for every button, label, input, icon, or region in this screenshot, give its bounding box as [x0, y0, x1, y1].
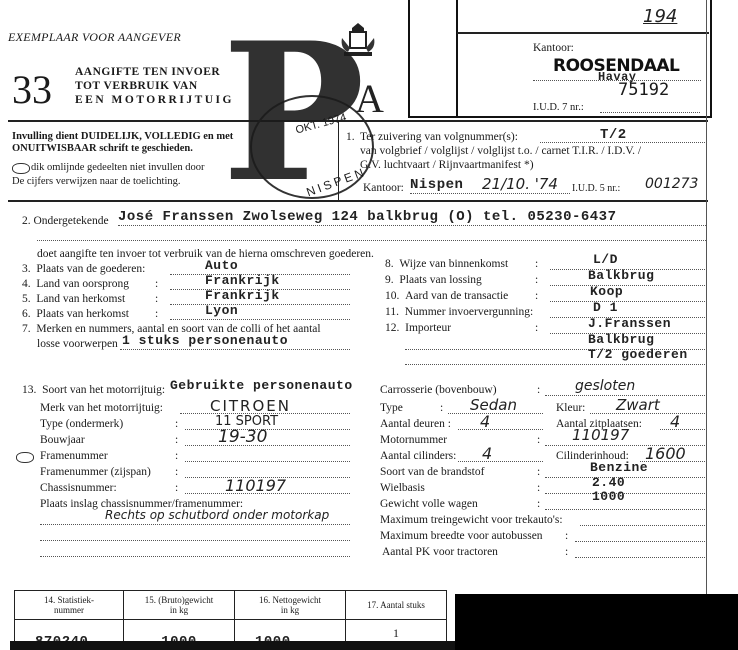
field-1-iud5-value: 001273: [645, 176, 698, 192]
field-2-value: José Franssen Zwolseweg 124 balkbrug (O)…: [118, 209, 616, 225]
body-value: gesloten: [575, 378, 635, 394]
max-width-label: Maximum breedte voor autobussen: [380, 530, 543, 542]
engine-number-label: Motornummer: [380, 434, 447, 446]
field-3-value: Auto: [205, 258, 238, 273]
max-train-weight-label: Maximum treingewicht voor trekauto's:: [380, 514, 563, 526]
wheelbase-value: 2.40: [592, 475, 625, 490]
form-title-line-3: EEN MOTORRIJTUIG: [75, 94, 234, 106]
stamp-letter-a: A: [355, 75, 384, 122]
kantoor-label: Kantoor:: [533, 42, 574, 54]
cylinders-label: Aantal cilinders:: [380, 450, 456, 462]
fuel-value: Benzine: [590, 460, 648, 475]
header-gross-weight: 15. (Bruto)gewichtin kg: [124, 591, 235, 620]
field-10-label: Aard van de transactie: [405, 290, 508, 302]
field-4-label: Land van oorsprong: [36, 278, 129, 290]
seats-value: 4: [670, 412, 680, 431]
copy-title: EXEMPLAAR VOOR AANGEVER: [8, 30, 181, 45]
field-5-value: Frankrijk: [205, 288, 280, 303]
field-5-label: Land van herkomst: [36, 293, 125, 305]
thick-outline-marker-icon: [12, 163, 30, 174]
field-9-number: 9.: [385, 274, 394, 286]
color-value: Zwart: [616, 396, 660, 414]
vehicle-brand-value: CITROEN: [210, 397, 291, 415]
header-stat-number: 14. Statistiek-nummer: [15, 591, 124, 620]
instruction-line-3: dik omlijnde gedeelten niet invullen doo…: [31, 162, 205, 173]
field-7-number: 7.: [22, 323, 31, 335]
section-divider: [8, 200, 708, 202]
chassis-location-value: Rechts op schutbord onder motorkap: [105, 508, 329, 522]
doors-label: Aantal deuren :: [380, 418, 451, 430]
field-5-number: 5.: [22, 293, 31, 305]
wheelbase-label: Wielbasis: [380, 482, 425, 494]
field-1-value: T/2: [600, 127, 627, 143]
iud7-label: I.U.D. 7 nr.:: [533, 102, 584, 113]
office-box-left-column: [408, 0, 458, 116]
vehicle-year-label: Bouwjaar: [40, 434, 85, 446]
importeur-line-3: T/2 goederen: [588, 347, 688, 362]
field-1-date: 21/10. '74: [482, 175, 558, 193]
field-1-iud5-label: I.U.D. 5 nr.:: [572, 183, 620, 194]
field-6-label: Plaats van herkomst: [36, 308, 129, 320]
instruction-line-2: ONUITWISBAAR schrift te geschieden.: [12, 143, 193, 154]
instruction-line-4: De cijfers verwijzen naar de toelichting…: [12, 176, 181, 187]
fuel-label: Soort van de brandstof: [380, 466, 484, 478]
vehicle-type-label: Soort van het motorrijtuig:: [42, 384, 165, 396]
field-11-value: D 1: [593, 300, 618, 315]
header-net-weight: 16. Nettogewichtin kg: [235, 591, 346, 620]
field-1-label: Ter zuivering van volgnummer(s):: [360, 131, 518, 143]
field-4-value: Frankrijk: [205, 273, 280, 288]
sidecar-frame-label: Framenummer (zijspan): [40, 466, 151, 478]
field-8-number: 8.: [385, 258, 394, 270]
field-10-number: 10.: [385, 290, 399, 302]
bottom-border-bar: [10, 641, 455, 650]
vehicle-year-value: 19-30: [218, 427, 267, 447]
field-10-value: Koop: [590, 284, 623, 299]
form-title-line-2: TOT VERBRUIK VAN: [75, 80, 198, 92]
redacted-region: [455, 594, 738, 650]
field-7-label-line-2: losse voorwerpen: [37, 338, 118, 350]
vehicle-model-label: Type (ondermerk): [40, 418, 123, 430]
field-11-number: 11.: [385, 306, 399, 318]
chassis-number-value: 110197: [225, 476, 286, 495]
form-title-line-1: AANGIFTE TEN INVOER: [75, 66, 220, 78]
field-9-label: Plaats van lossing: [399, 274, 481, 286]
doors-value: 4: [480, 412, 490, 431]
body-type-value: Sedan: [470, 396, 517, 414]
field-6-value: Lyon: [205, 303, 238, 318]
field-7-value: 1 stuks personenauto: [122, 333, 288, 348]
frame-number-label: Framenummer: [40, 450, 108, 462]
body-label: Carrosserie (bovenbouw): [380, 384, 497, 396]
body-type-label: Type: [380, 402, 403, 414]
field-9-value: Balkbrug: [588, 268, 654, 283]
field-11-label: Nummer invoervergunning:: [405, 306, 534, 318]
field-4-number: 4.: [22, 278, 31, 290]
engine-number-value: 110197: [572, 426, 629, 444]
office-box-divider: [457, 32, 709, 34]
field-12-number: 12.: [385, 322, 399, 334]
importeur-line-2: Balkbrug: [588, 332, 654, 347]
gross-weight-value: 1000: [592, 489, 625, 504]
field-12-label: Importeur: [405, 322, 451, 334]
field-1-line-2: van volgbrief / volglijst / volglijst t.…: [360, 145, 641, 157]
cylinders-value: 4: [482, 444, 492, 463]
vehicle-type-value: Gebruikte personenauto: [170, 378, 353, 393]
field-8-value: L/D: [593, 252, 618, 267]
field-13-number: 13.: [22, 384, 36, 396]
field-3-number: 3.: [22, 263, 31, 275]
chassis-number-label: Chassisnummer:: [40, 482, 117, 494]
color-label: Kleur:: [556, 402, 585, 414]
sequence-number: 194: [643, 6, 677, 27]
field-1-line-3: G.V. luchtvaart / Rijnvaartmanifest *): [360, 159, 534, 171]
tractor-hp-label: Aantal PK voor tractoren: [382, 546, 498, 558]
field-1-kantoor-value: Nispen: [410, 177, 463, 193]
iud7-number: 75192: [618, 80, 669, 100]
vehicle-brand-label: Merk van het motorrijtuig:: [40, 402, 163, 414]
field-1-number: 1.: [346, 131, 355, 143]
field-6-number: 6.: [22, 308, 31, 320]
field-12-value: J.Franssen: [588, 316, 671, 331]
instruction-line-1: Invulling dient DUIDELIJK, VOLLEDIG en m…: [12, 131, 233, 142]
header-pieces: 17. Aantal stuks: [346, 591, 447, 620]
field-8-label: Wijze van binnenkomst: [399, 258, 508, 270]
gross-weight-label: Gewicht volle wagen: [380, 498, 478, 510]
form-number: 33: [12, 70, 52, 110]
thick-outline-marker-icon: [16, 452, 34, 463]
displacement-value: 1600: [645, 444, 686, 463]
field-1-kantoor-label: Kantoor:: [363, 182, 404, 194]
field-2-label: 2. Ondergetekende: [22, 215, 109, 227]
table-header-row: 14. Statistiek-nummer 15. (Bruto)gewicht…: [15, 591, 447, 620]
field-3-label: Plaats van de goederen:: [36, 263, 145, 275]
